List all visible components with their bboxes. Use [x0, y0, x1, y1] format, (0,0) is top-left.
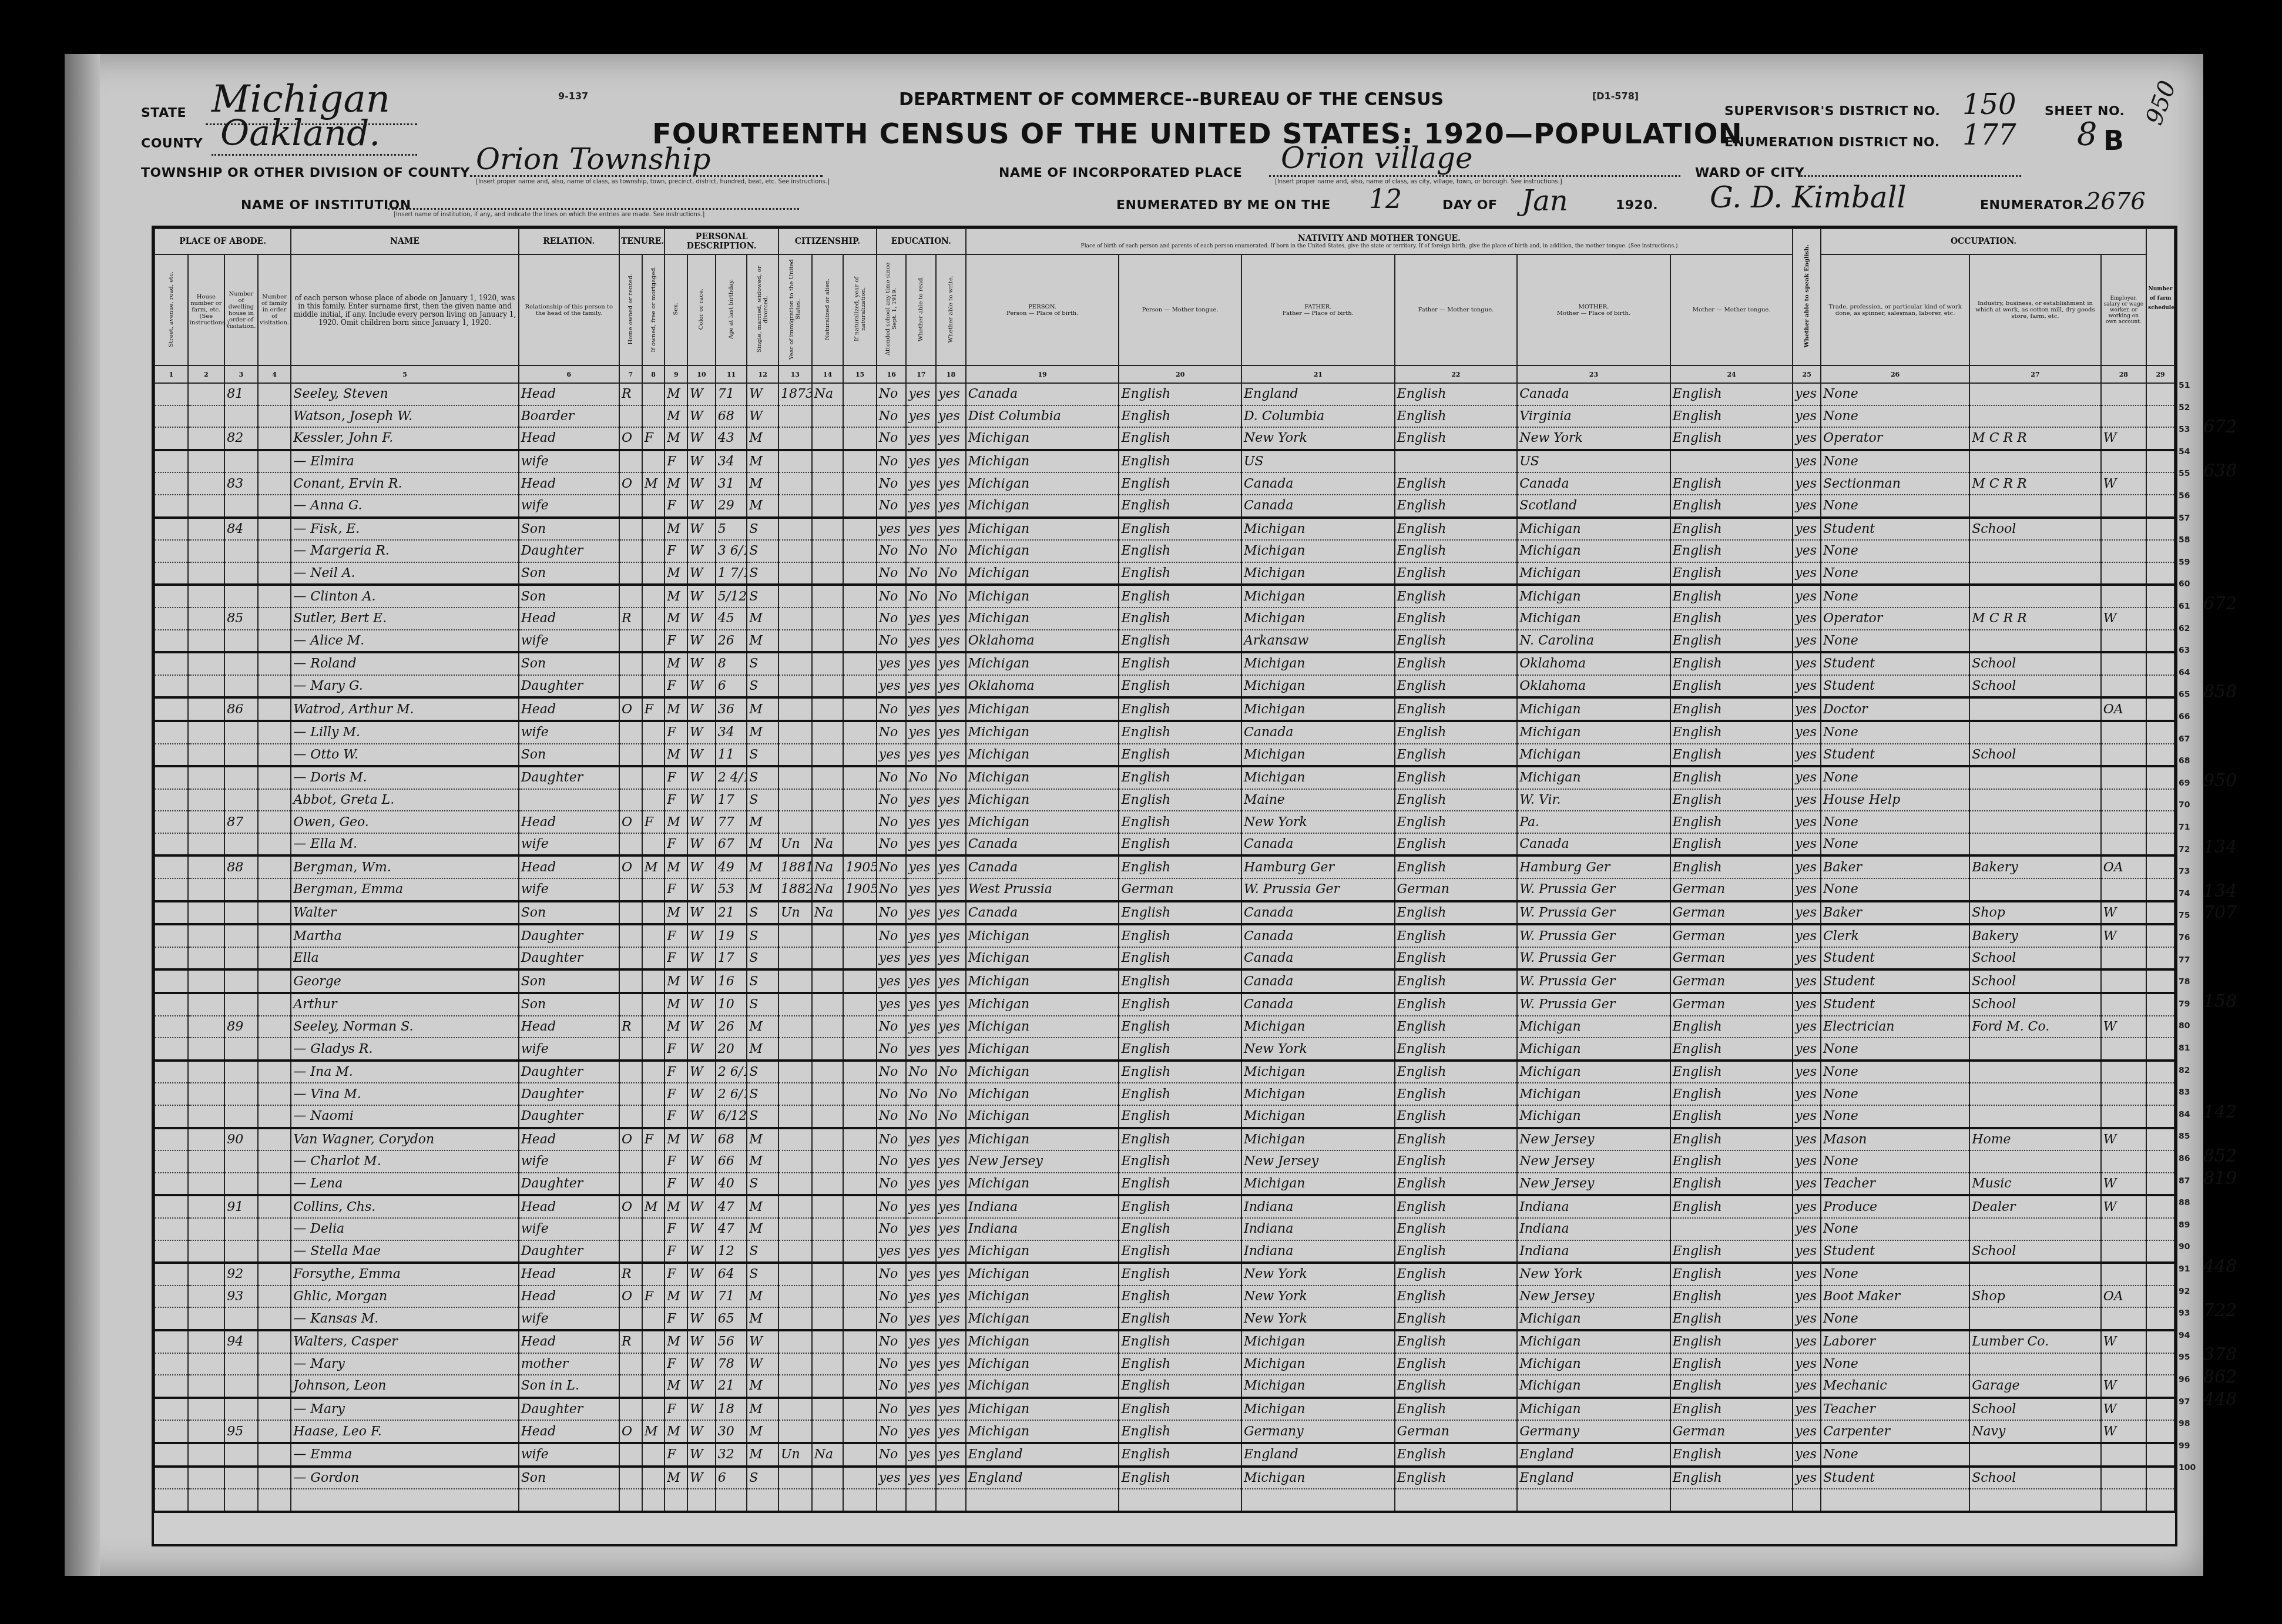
- cell-employ: W: [2101, 1330, 2146, 1353]
- cell-race: W: [687, 608, 716, 630]
- cell-immig: [778, 1128, 812, 1151]
- cell-sex: F: [665, 789, 687, 811]
- cell-dwelling: 94: [224, 1330, 258, 1353]
- cell-relation: Daughter: [519, 1061, 619, 1083]
- margin-code: 448: [2203, 1389, 2237, 1410]
- cell-family: [258, 405, 291, 428]
- cell-sex: M: [665, 1016, 687, 1038]
- cell-english: yes: [1793, 405, 1821, 428]
- column-number: 20: [1119, 365, 1241, 383]
- line-number: 92: [2179, 1287, 2190, 1296]
- institution-label: NAME OF INSTITUTION: [241, 198, 411, 213]
- cell-house-number: [188, 1105, 225, 1128]
- cell-farm: [2146, 1173, 2174, 1196]
- cell-marital: M: [747, 1150, 778, 1173]
- cell-f-birth: Michigan: [1241, 675, 1395, 698]
- cell-industry: M C R R: [1969, 427, 2100, 450]
- cell-family: [258, 630, 291, 653]
- cell-relation: Head: [519, 697, 619, 721]
- cell-natyear: [843, 383, 877, 405]
- cell-m-birth: Oklahoma: [1517, 652, 1670, 675]
- cell-family: [258, 1467, 291, 1489]
- form-number: 9-137: [558, 90, 588, 102]
- group-nativity: NATIVITY AND MOTHER TONGUE. Place of bir…: [966, 229, 1793, 254]
- cell-nat: [812, 993, 844, 1016]
- cell-age: 2 6/12: [716, 1083, 747, 1105]
- incorporated-place-label: NAME OF INCORPORATED PLACE: [999, 166, 1242, 180]
- line-number: 65: [2179, 690, 2190, 699]
- cell-english: [1793, 1489, 1821, 1512]
- cell-sex: F: [665, 1218, 687, 1240]
- table-row: — MarymotherFW78WNoyesyesMichiganEnglish…: [155, 1353, 2174, 1375]
- cell-immig: [778, 630, 812, 653]
- cell-relation: Son: [519, 562, 619, 585]
- cell-mortgage: [642, 721, 665, 744]
- margin-code: 134: [2203, 837, 2237, 857]
- cell-house-number: [188, 1420, 225, 1443]
- cell-school: No: [877, 608, 907, 630]
- cell-f-tongue: English: [1395, 630, 1518, 653]
- cell-sex: M: [665, 1420, 687, 1443]
- cell-birth: Michigan: [966, 450, 1119, 473]
- cell-mortgage: [642, 993, 665, 1016]
- cell-relation: wife: [519, 450, 619, 473]
- cell-read: yes: [906, 652, 936, 675]
- cell-employ: [2101, 405, 2146, 428]
- table-row: [155, 1489, 2174, 1512]
- cell-natyear: [843, 1263, 877, 1286]
- line-number: 87: [2179, 1176, 2190, 1186]
- cell-m-tongue: English: [1670, 1263, 1793, 1286]
- cell-m-tongue: English: [1670, 1443, 1793, 1467]
- cell-immig: [778, 1240, 812, 1263]
- cell-relation: Head: [519, 1263, 619, 1286]
- group-tenure: TENURE.: [619, 229, 665, 254]
- cell-tongue: English: [1119, 855, 1241, 878]
- cell-age: 12: [716, 1240, 747, 1263]
- cell-name: Sutler, Bert E.: [291, 608, 518, 630]
- cell-industry: [1969, 1489, 2100, 1512]
- cell-tongue: English: [1119, 1286, 1241, 1308]
- cell-age: 43: [716, 427, 747, 450]
- cell-name: Seeley, Norman S.: [291, 1016, 518, 1038]
- cell-trade: Operator: [1821, 608, 1969, 630]
- cell-family: [258, 1128, 291, 1151]
- column-number: 18: [936, 365, 966, 383]
- cell-immig: [778, 1038, 812, 1061]
- cell-m-birth: England: [1517, 1467, 1670, 1489]
- column-number: 26: [1821, 365, 1969, 383]
- cell-marital: M: [747, 1375, 778, 1398]
- cell-age: 47: [716, 1218, 747, 1240]
- cell-marital: M: [747, 427, 778, 450]
- cell-house-number: [188, 1128, 225, 1151]
- cell-m-birth: W. Prussia Ger: [1517, 969, 1670, 993]
- cell-age: 1 7/12: [716, 562, 747, 585]
- cell-age: [716, 1489, 747, 1512]
- cell-m-tongue: [1670, 450, 1793, 473]
- cell-read: yes: [906, 833, 936, 856]
- cell-age: 56: [716, 1330, 747, 1353]
- cell-nat: [812, 1083, 844, 1105]
- cell-marital: M: [747, 1016, 778, 1038]
- cell-family: [258, 1443, 291, 1467]
- cell-m-birth: Michigan: [1517, 585, 1670, 608]
- cell-tenure: [619, 744, 642, 767]
- cell-age: 77: [716, 811, 747, 833]
- cell-marital: S: [747, 585, 778, 608]
- cell-trade: Student: [1821, 518, 1969, 541]
- cell-sex: M: [665, 697, 687, 721]
- cell-tongue: English: [1119, 383, 1241, 405]
- cell-english: yes: [1793, 947, 1821, 970]
- line-number: 96: [2179, 1375, 2190, 1384]
- cell-family: [258, 1038, 291, 1061]
- cell-relation: wife: [519, 721, 619, 744]
- cell-nat: [812, 450, 844, 473]
- cell-english: yes: [1793, 585, 1821, 608]
- cell-nat: [812, 947, 844, 970]
- cell-write: yes: [936, 1286, 966, 1308]
- cell-m-tongue: English: [1670, 855, 1793, 878]
- cell-nat: [812, 1150, 844, 1173]
- cell-write: yes: [936, 518, 966, 541]
- cell-trade: None: [1821, 450, 1969, 473]
- cell-f-birth: US: [1241, 450, 1395, 473]
- cell-birth: Michigan: [966, 1398, 1119, 1421]
- cell-nat: [812, 652, 844, 675]
- column-number: 22: [1395, 365, 1518, 383]
- cell-m-birth: England: [1517, 1443, 1670, 1467]
- cell-read: yes: [906, 1467, 936, 1489]
- cell-employ: [2101, 1240, 2146, 1263]
- cell-nat: [812, 630, 844, 653]
- cell-natyear: 1905: [843, 878, 877, 901]
- cell-m-tongue: English: [1670, 1128, 1793, 1151]
- cell-f-birth: Canada: [1241, 947, 1395, 970]
- cell-mortgage: [642, 766, 665, 789]
- cell-natyear: [843, 405, 877, 428]
- cell-house-number: [188, 878, 225, 901]
- cell-relation: Daughter: [519, 675, 619, 698]
- cell-family: [258, 675, 291, 698]
- cell-nat: [812, 472, 844, 495]
- cell-marital: S: [747, 789, 778, 811]
- cell-age: 64: [716, 1263, 747, 1286]
- cell-marital: M: [747, 878, 778, 901]
- cell-school: yes: [877, 744, 907, 767]
- table-row: 88Bergman, Wm.HeadOMMW49M1881Na1905Noyes…: [155, 855, 2174, 878]
- cell-birth: Indiana: [966, 1218, 1119, 1240]
- cell-race: W: [687, 630, 716, 653]
- cell-industry: [1969, 1218, 2100, 1240]
- cell-relation: wife: [519, 1443, 619, 1467]
- table-row: — Stella MaeDaughterFW12SyesyesyesMichig…: [155, 1240, 2174, 1263]
- cell-farm: [2146, 675, 2174, 698]
- cell-immig: [778, 585, 812, 608]
- cell-sex: M: [665, 855, 687, 878]
- cell-immig: [778, 1375, 812, 1398]
- line-number: 91: [2179, 1264, 2190, 1274]
- cell-dwelling: 92: [224, 1263, 258, 1286]
- cell-english: yes: [1793, 833, 1821, 856]
- cell-natyear: [843, 1489, 877, 1512]
- cell-mortgage: [642, 1240, 665, 1263]
- cell-m-tongue: English: [1670, 1375, 1793, 1398]
- cell-sex: M: [665, 1330, 687, 1353]
- cell-street: [155, 1353, 188, 1375]
- cell-relation: wife: [519, 495, 619, 518]
- cell-tenure: O: [619, 855, 642, 878]
- cell-read: yes: [906, 450, 936, 473]
- cell-race: W: [687, 833, 716, 856]
- cell-m-tongue: English: [1670, 1353, 1793, 1375]
- cell-age: 6: [716, 1467, 747, 1489]
- cell-trade: None: [1821, 766, 1969, 789]
- cell-natyear: [843, 652, 877, 675]
- cell-name: — Lilly M.: [291, 721, 518, 744]
- cell-school: No: [877, 1330, 907, 1353]
- cell-m-tongue: English: [1670, 675, 1793, 698]
- cell-family: [258, 1420, 291, 1443]
- cell-name: Ella: [291, 947, 518, 970]
- cell-write: No: [936, 1061, 966, 1083]
- cell-age: 21: [716, 901, 747, 925]
- cell-write: yes: [936, 1128, 966, 1151]
- table-row: 82Kessler, John F.HeadOFMW43MNoyesyesMic…: [155, 427, 2174, 450]
- cell-house-number: [188, 697, 225, 721]
- cell-m-tongue: German: [1670, 924, 1793, 947]
- table-row: — Alice M.wifeFW26MNoyesyesOklahomaEngli…: [155, 630, 2174, 653]
- nativity-intro: Place of birth of each person and parent…: [968, 243, 1791, 249]
- cell-trade: Student: [1821, 1467, 1969, 1489]
- cell-marital: S: [747, 518, 778, 541]
- line-number: 63: [2179, 646, 2190, 655]
- cell-english: yes: [1793, 675, 1821, 698]
- cell-trade: Student: [1821, 652, 1969, 675]
- cell-english: yes: [1793, 1375, 1821, 1398]
- cell-tenure: [619, 789, 642, 811]
- cell-age: 31: [716, 472, 747, 495]
- cell-m-birth: Michigan: [1517, 562, 1670, 585]
- cell-f-tongue: English: [1395, 1353, 1518, 1375]
- cell-farm: [2146, 1083, 2174, 1105]
- cell-race: W: [687, 1375, 716, 1398]
- cell-nat: [812, 1489, 844, 1512]
- cell-name: — Otto W.: [291, 744, 518, 767]
- cell-age: 53: [716, 878, 747, 901]
- cell-farm: [2146, 518, 2174, 541]
- cell-farm: [2146, 1420, 2174, 1443]
- table-row: — Charlot M.wifeFW66MNoyesyesNew JerseyE…: [155, 1150, 2174, 1173]
- cell-farm: [2146, 878, 2174, 901]
- cell-street: [155, 630, 188, 653]
- cell-employ: [2101, 1150, 2146, 1173]
- cell-school: No: [877, 562, 907, 585]
- group-occupation: OCCUPATION.: [1821, 229, 2146, 254]
- cell-mortgage: [642, 1375, 665, 1398]
- cell-immig: [778, 405, 812, 428]
- cell-f-tongue: English: [1395, 789, 1518, 811]
- cell-house-number: [188, 608, 225, 630]
- cell-natyear: [843, 1083, 877, 1105]
- cell-age: 20: [716, 1038, 747, 1061]
- cell-industry: [1969, 1353, 2100, 1375]
- cell-name: Forsythe, Emma: [291, 1263, 518, 1286]
- cell-race: W: [687, 1443, 716, 1467]
- table-row: 87Owen, Geo.HeadOFMW77MNoyesyesMichiganE…: [155, 811, 2174, 833]
- cell-employ: [2101, 1263, 2146, 1286]
- cell-farm: [2146, 1307, 2174, 1330]
- cell-natyear: [843, 789, 877, 811]
- cell-natyear: [843, 1286, 877, 1308]
- cell-family: [258, 562, 291, 585]
- cell-english: yes: [1793, 540, 1821, 562]
- cell-dwelling: [224, 1443, 258, 1467]
- table-row: 85Sutler, Bert E.HeadRMW45MNoyesyesMichi…: [155, 608, 2174, 630]
- cell-family: [258, 855, 291, 878]
- cell-m-birth: Michigan: [1517, 1105, 1670, 1128]
- cell-read: yes: [906, 924, 936, 947]
- cell-m-birth: Michigan: [1517, 1061, 1670, 1083]
- cell-f-birth: Michigan: [1241, 1330, 1395, 1353]
- cell-age: 68: [716, 405, 747, 428]
- line-number: 99: [2179, 1441, 2190, 1451]
- cell-f-tongue: English: [1395, 1398, 1518, 1421]
- cell-m-tongue: English: [1670, 1173, 1793, 1196]
- cell-relation: Daughter: [519, 1083, 619, 1105]
- cell-farm: [2146, 1105, 2174, 1128]
- cell-name: — Vina M.: [291, 1083, 518, 1105]
- cell-f-birth: Michigan: [1241, 1016, 1395, 1038]
- cell-dwelling: 83: [224, 472, 258, 495]
- cell-sex: M: [665, 1375, 687, 1398]
- census-sheet: STATE Michigan COUNTY Oakland. 9-137 [D1…: [65, 54, 2203, 1576]
- cell-birth: Michigan: [966, 766, 1119, 789]
- cell-f-tongue: [1395, 450, 1518, 473]
- cell-sex: M: [665, 969, 687, 993]
- cell-marital: M: [747, 1195, 778, 1218]
- cell-tenure: [619, 1307, 642, 1330]
- cell-employ: OA: [2101, 855, 2146, 878]
- cell-mortgage: F: [642, 1128, 665, 1151]
- cell-m-tongue: English: [1670, 1330, 1793, 1353]
- cell-immig: [778, 993, 812, 1016]
- cell-nat: [812, 1195, 844, 1218]
- cell-english: yes: [1793, 697, 1821, 721]
- cell-f-tongue: English: [1395, 833, 1518, 856]
- cell-family: [258, 1083, 291, 1105]
- department-title: DEPARTMENT OF COMMERCE--BUREAU OF THE CE…: [899, 89, 1444, 110]
- cell-street: [155, 947, 188, 970]
- cell-f-tongue: English: [1395, 947, 1518, 970]
- cell-mortgage: [642, 585, 665, 608]
- cell-employ: [2101, 1467, 2146, 1489]
- cell-birth: Indiana: [966, 1195, 1119, 1218]
- cell-marital: S: [747, 969, 778, 993]
- cell-race: W: [687, 1105, 716, 1128]
- cell-street: [155, 721, 188, 744]
- cell-school: No: [877, 1061, 907, 1083]
- cell-m-tongue: English: [1670, 540, 1793, 562]
- line-number: 74: [2179, 889, 2190, 898]
- cell-age: 5: [716, 518, 747, 541]
- cell-natyear: [843, 697, 877, 721]
- cell-tenure: O: [619, 1195, 642, 1218]
- cell-employ: [2101, 675, 2146, 698]
- cell-nat: [812, 540, 844, 562]
- cell-f-birth: Michigan: [1241, 608, 1395, 630]
- cell-m-birth: W. Prussia Ger: [1517, 878, 1670, 901]
- cell-house-number: [188, 721, 225, 744]
- cell-industry: Garage: [1969, 1375, 2100, 1398]
- cell-m-tongue: English: [1670, 766, 1793, 789]
- cell-mortgage: F: [642, 697, 665, 721]
- cell-write: yes: [936, 1353, 966, 1375]
- cell-write: yes: [936, 789, 966, 811]
- cell-f-tongue: English: [1395, 744, 1518, 767]
- corner-number: 950: [2141, 77, 2182, 128]
- cell-m-tongue: English: [1670, 1105, 1793, 1128]
- cell-natyear: [843, 1195, 877, 1218]
- cell-family: [258, 495, 291, 518]
- cell-immig: [778, 1420, 812, 1443]
- column-number: 7: [619, 365, 642, 383]
- cell-f-birth: Michigan: [1241, 652, 1395, 675]
- cell-dwelling: [224, 878, 258, 901]
- cell-street: [155, 1489, 188, 1512]
- cell-family: [258, 383, 291, 405]
- cell-write: No: [936, 540, 966, 562]
- cell-trade: Student: [1821, 993, 1969, 1016]
- cell-m-tongue: German: [1670, 947, 1793, 970]
- cell-industry: School: [1969, 744, 2100, 767]
- cell-marital: S: [747, 675, 778, 698]
- cell-f-birth: W. Prussia Ger: [1241, 878, 1395, 901]
- margin-code: 707: [2203, 902, 2237, 923]
- line-number: 62: [2179, 624, 2190, 633]
- cell-birth: Michigan: [966, 652, 1119, 675]
- census-title: FOURTEENTH CENSUS OF THE UNITED STATES: …: [652, 118, 1743, 150]
- cell-industry: School: [1969, 1467, 2100, 1489]
- cell-f-tongue: English: [1395, 924, 1518, 947]
- cell-dwelling: [224, 405, 258, 428]
- column-number: 16: [877, 365, 907, 383]
- cell-family: [258, 1195, 291, 1218]
- cell-mortgage: [642, 1263, 665, 1286]
- cell-trade: Sectionman: [1821, 472, 1969, 495]
- cell-race: W: [687, 1038, 716, 1061]
- group-education: EDUCATION.: [877, 229, 966, 254]
- cell-relation: wife: [519, 833, 619, 856]
- cell-birth: Michigan: [966, 1420, 1119, 1443]
- cell-f-tongue: English: [1395, 383, 1518, 405]
- margin-code: 448: [2203, 1256, 2237, 1277]
- cell-m-birth: New Jersey: [1517, 1286, 1670, 1308]
- cell-birth: West Prussia: [966, 878, 1119, 901]
- cell-school: No: [877, 1375, 907, 1398]
- cell-dwelling: [224, 721, 258, 744]
- cell-read: yes: [906, 1307, 936, 1330]
- cell-trade: Baker: [1821, 901, 1969, 925]
- cell-mortgage: [642, 1150, 665, 1173]
- cell-f-tongue: English: [1395, 1263, 1518, 1286]
- cell-tongue: English: [1119, 1375, 1241, 1398]
- cell-race: W: [687, 1307, 716, 1330]
- cell-birth: Canada: [966, 833, 1119, 856]
- cell-race: W: [687, 855, 716, 878]
- cell-m-birth: W. Prussia Ger: [1517, 993, 1670, 1016]
